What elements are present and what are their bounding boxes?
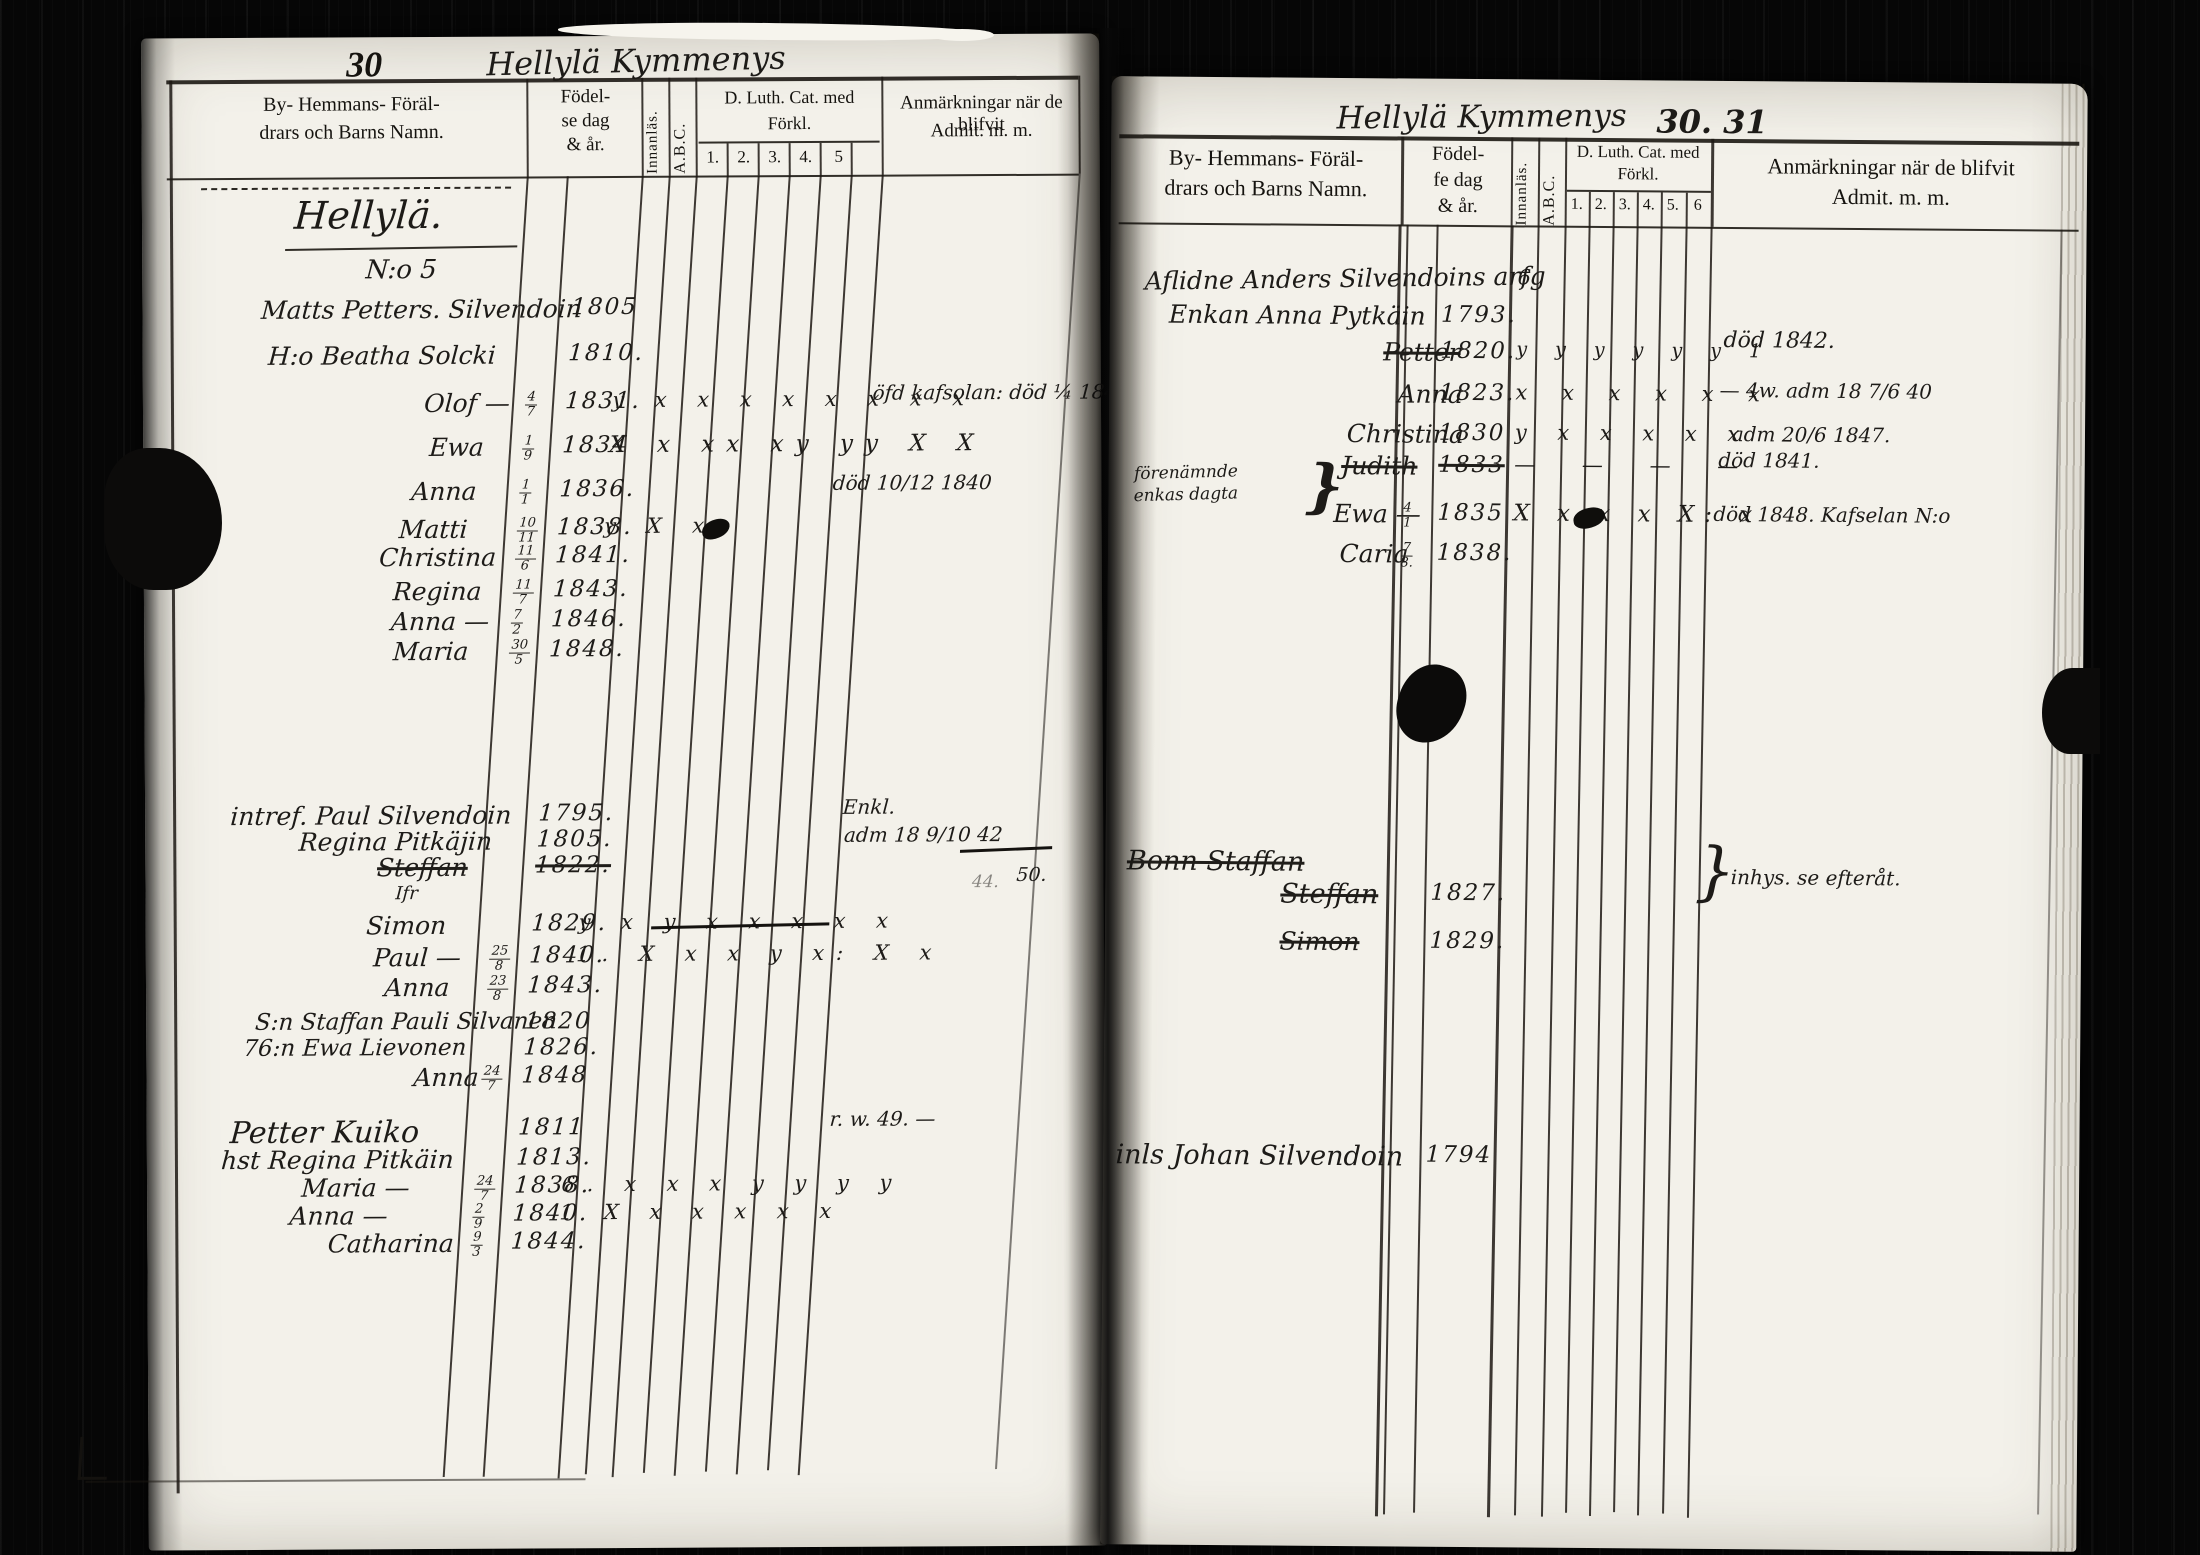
- cat-col-number: 2.: [1590, 196, 1612, 214]
- birth-day: 238: [486, 975, 508, 1003]
- register-row: Petter 1820. y y y y y y 1 död 1842.: [1109, 335, 2085, 343]
- birth-year: 1795.: [538, 800, 616, 826]
- entry-name: S:n Staffan Pauli Silvanen: [254, 1008, 558, 1036]
- margin-note: förenämnde: [1134, 461, 1238, 484]
- entry-name: Bonn Staffan: [1127, 845, 1305, 877]
- birth-year: 1836.: [559, 476, 637, 502]
- birth-day: 78.: [1400, 541, 1413, 569]
- remark-note: — 4w. adm 18 7/6 40: [1719, 378, 1932, 404]
- birth-day: 47: [524, 390, 538, 418]
- birth-year: 1827.: [1430, 880, 1506, 907]
- rule-line: [1589, 226, 1615, 1516]
- entry-name: Maria —: [300, 1173, 410, 1203]
- entry-name: Judith: [1341, 451, 1418, 481]
- register-row: Matti 1011 1838. y X x: [120, 512, 1078, 517]
- birth-day: 305: [508, 638, 530, 666]
- entry-name: Anna —: [390, 607, 490, 637]
- rule-line: [1487, 225, 1514, 1517]
- heading-underline: [285, 245, 517, 251]
- remark-note: död 1848. Kafselan N:o: [1713, 502, 1951, 528]
- entry-name: Enkan Anna Pytkäin: [1169, 300, 1426, 331]
- birth-year: 1811: [517, 1114, 585, 1140]
- register-row: Enkan Anna Pytkäin 1793.: [1109, 299, 2085, 307]
- corner-mark: [78, 1437, 110, 1480]
- register-row: Anna — 72 1846.: [114, 604, 1072, 609]
- remark-note: död 1842.: [1723, 328, 1835, 354]
- col-remarks-header: Admit. m. m.: [886, 120, 1076, 143]
- col-names-header: By- Hemmans- Föräl-: [196, 93, 506, 118]
- birth-day: 117: [512, 578, 534, 606]
- rule-line: [789, 143, 791, 175]
- birth-year: 1846.: [550, 606, 628, 632]
- birth-day: 41: [1401, 501, 1414, 529]
- house-number: N:o 5: [365, 255, 438, 285]
- birth-year: 1822.: [534, 852, 612, 878]
- col-birth-header: Födel-: [1409, 143, 1507, 167]
- register-row: Christina 116 1841.: [118, 540, 1076, 545]
- rule-line: [1637, 227, 1663, 1516]
- register-row: Simon 1829.: [1098, 925, 2074, 933]
- birth-day: 258: [488, 945, 510, 973]
- register-row: Anna 1823. x x x x x x — 4w. adm 18 7/6 …: [1108, 377, 2084, 385]
- entry-name: Steffan: [1280, 879, 1379, 911]
- col-birth-header: & år.: [1409, 195, 1507, 219]
- catechism-marks: 6: [1517, 265, 1543, 289]
- entry-name: H:o Beatha Solcki: [267, 341, 496, 371]
- catechism-marks: y x y x x x x x: [578, 909, 901, 935]
- birth-year: 1830: [1439, 420, 1506, 447]
- rule-line: [1514, 226, 1540, 1516]
- cat-col-number: 2.: [731, 147, 757, 167]
- register-row: Bonn Staffan: [1099, 845, 2075, 853]
- entry-name: Aflidne Anders Silvendoins arfg: [1145, 261, 1546, 295]
- rule-line: [526, 78, 529, 176]
- rule-line: [2037, 230, 2063, 1515]
- register-row: Petter Kuiko 1811 r. w. 49. —: [81, 1112, 1039, 1117]
- entry-name: Anna: [413, 1063, 480, 1092]
- col-birth-header: & år.: [532, 134, 640, 157]
- birth-day: 247: [473, 1175, 495, 1203]
- birth-year: 1838.: [1436, 540, 1512, 567]
- entry-name: Simon: [1279, 927, 1360, 957]
- table-body: Hellylä. N:o 5 Matts Petters. Silvendoin…: [57, 174, 1100, 1494]
- col-cat-header: Förkl.: [698, 113, 880, 135]
- rule-line: [820, 143, 822, 175]
- entry-name: Matti: [398, 515, 468, 544]
- catechism-marks: 1 X x x x x x: [559, 1199, 844, 1224]
- page-number: 30. 31: [1656, 102, 1768, 141]
- remark-note: adm 20/6 1847.: [1732, 422, 1891, 447]
- col-read-header: Innanläs.: [644, 82, 661, 174]
- rule-line: [727, 143, 729, 175]
- entry-name: Ewa: [428, 433, 484, 462]
- entry-name: Steffan: [376, 853, 469, 882]
- remark-note: adm 18 9/10 42: [843, 822, 1003, 847]
- register-row: Regina 117 1843.: [116, 574, 1074, 579]
- birth-year: 1843.: [552, 576, 630, 602]
- rule-line: [1613, 226, 1639, 1512]
- entry-name: Anna: [383, 973, 450, 1002]
- rule-line: [1401, 136, 1405, 224]
- col-birth-header: se dag: [531, 110, 639, 133]
- register-row: Catharina 93 1844.: [74, 1226, 1032, 1231]
- rule-line: [1662, 227, 1688, 1514]
- birth-day: 93: [470, 1231, 484, 1259]
- cat-col-number: 3.: [762, 147, 788, 167]
- cat-col-number: 1.: [1566, 196, 1588, 214]
- rule-line: [881, 77, 884, 175]
- birth-year: 1841.: [554, 542, 632, 568]
- col-abc-header: A.B.C.: [1541, 140, 1560, 226]
- torn-paper-edge: [930, 29, 994, 41]
- catechism-marks: 1. X x x y x: X x: [576, 940, 945, 966]
- remark-note: inhys. se efteråt.: [1730, 865, 1900, 890]
- col-names-header: drars och Barns Namn.: [196, 121, 506, 146]
- catechism-marks: X x xx xy yy X X: [609, 430, 987, 458]
- entry-name: Ifr: [395, 883, 419, 904]
- register-row: Ewa — 41 1835 X x x x X: x död 1848. Kaf…: [1106, 497, 2082, 505]
- col-remarks-header: Anmärkningar när de blifvit: [1726, 153, 2056, 182]
- scanned-photo: 30 Hellylä Kymmenys By- Hemmans- Föräl- …: [0, 0, 2200, 1555]
- birth-year: 1848.: [548, 636, 626, 662]
- register-row: S:n Staffan Pauli Silvanen 1820: [88, 1006, 1046, 1011]
- cat-col-number: 6: [1687, 197, 1709, 215]
- register-row: Christina 1830 y x x x x x adm 20/6 1847…: [1107, 417, 2083, 425]
- entry-name: Anna —: [289, 1201, 389, 1231]
- entry-name: hst Regina Pitkäin: [220, 1145, 454, 1175]
- margin-note: enkas dagta: [1133, 483, 1238, 506]
- birth-day: 247: [481, 1065, 503, 1093]
- cat-col-number: 5.: [1662, 197, 1684, 215]
- birth-year: 1848: [521, 1062, 589, 1088]
- register-row: Caria 78. 1838.: [1105, 537, 2081, 545]
- rule-line: [758, 143, 760, 175]
- rule-line: [1565, 226, 1591, 1513]
- register-row: hst Regina Pitkäin 1813.: [79, 1142, 1037, 1147]
- entry-name: Matts Petters. Silvendoin: [260, 294, 583, 325]
- col-birth-header: fe dag: [1409, 169, 1507, 193]
- remark-note: död 1841.: [1718, 448, 1820, 473]
- birth-year: 1810.: [567, 340, 645, 366]
- pen-dash: [960, 846, 1052, 853]
- register-row: Maria 305 1848.: [112, 634, 1070, 639]
- register-row: Aflidne Anders Silvendoins arfg 6: [1110, 262, 2086, 270]
- register-row: Steffan 1827.: [1099, 877, 2075, 885]
- birth-day: 11: [518, 478, 532, 506]
- birth-day: 1011: [516, 516, 538, 544]
- register-row: Matts Petters. Silvendoin 1805: [134, 292, 1092, 297]
- col-cat-header: D. Luth. Cat. med: [1565, 142, 1711, 163]
- edge-blob: [2042, 668, 2100, 754]
- entry-name: Christina: [378, 543, 497, 573]
- entry-name: Olof —: [423, 389, 511, 418]
- table-body: Aflidne Anders Silvendoins arfg 6 Enkan …: [1086, 222, 2086, 1550]
- birth-year: 1820: [524, 1008, 592, 1034]
- birth-year: 1843.: [527, 972, 605, 998]
- register-row: Anna 11 1836. död 10/12 1840: [122, 474, 1080, 479]
- page-title: Hellylä Kymmenys: [1336, 98, 1627, 137]
- birth-day: 19: [521, 434, 535, 462]
- register-row: Ewa 19 1834 X x xx xy yy X X: [125, 430, 1083, 435]
- left-page: 30 Hellylä Kymmenys By- Hemmans- Föräl- …: [141, 34, 1107, 1551]
- register-row: Anna 238 1843.: [90, 970, 1048, 975]
- register-row: inls Johan Silvendoin 1794: [1094, 1139, 2070, 1147]
- remark-note: Enkl.: [842, 795, 896, 819]
- col-names-header: drars och Barns Namn.: [1136, 174, 1396, 202]
- dashed-rule: [201, 187, 511, 191]
- register-row: Anna — 29 1840. 1 X x x x x x: [76, 1198, 1034, 1203]
- birth-year: 1794: [1425, 1142, 1492, 1169]
- register-row: Simon 1829. y x y x x x x x: [94, 908, 1052, 913]
- col-remarks-header: Admit. m. m.: [1726, 183, 2056, 212]
- birth-year: 1813.: [515, 1144, 593, 1170]
- col-abc-header: A.B.C.: [671, 82, 689, 174]
- remark-note: r. w. 49. —: [829, 1106, 936, 1131]
- rule-line: [1541, 226, 1567, 1517]
- entry-name: Anna: [410, 477, 477, 506]
- birth-year: 1805: [570, 294, 638, 320]
- register-row: Ifr: [96, 880, 1054, 885]
- entry-name: Paul —: [372, 943, 462, 972]
- entry-name: Catharina: [327, 1229, 455, 1259]
- entry-name: 76:n Ewa Lievonen: [243, 1035, 468, 1062]
- birth-year: 1835: [1437, 500, 1504, 527]
- book-gutter: [1068, 28, 1142, 1555]
- village-heading: Hellylä.: [293, 193, 444, 238]
- cat-col-number: 5: [826, 147, 852, 167]
- entry-name: inls Johan Silvendoin: [1115, 1139, 1403, 1172]
- pencil-number: 44.: [971, 872, 999, 892]
- register-row: Judith 1833 — — — — död 1841.: [1106, 449, 2082, 457]
- entry-name: Regina: [392, 577, 482, 606]
- rule-line: [85, 1478, 585, 1483]
- birth-year: 1793.: [1441, 302, 1517, 329]
- birth-year: 1805.: [536, 826, 614, 852]
- entry-name: Caria: [1339, 539, 1408, 569]
- cat-col-number: 1.: [700, 147, 726, 167]
- rule-line: [1413, 225, 1439, 1513]
- catechism-marks: y x x x x x: [1515, 420, 1752, 446]
- birth-year: 1826.: [523, 1034, 601, 1060]
- register-row: Olof — 47 1831. y x x x x x x x x öfd ka…: [128, 386, 1086, 391]
- birth-day: 29: [472, 1203, 486, 1231]
- cat-col-number: 3.: [1614, 196, 1636, 214]
- col-read-header: Innanläs.: [1514, 139, 1532, 225]
- col-names-header: By- Hemmans- Föräl-: [1136, 144, 1396, 172]
- birth-year: 1823.: [1439, 380, 1515, 407]
- catechism-marks: y X x: [603, 514, 717, 539]
- remark-note: död 10/12 1840: [832, 470, 992, 495]
- cat-col-number: 4.: [793, 147, 819, 167]
- register-row: Paul — 258 1840. 1. X x x y x: X x: [92, 940, 1050, 945]
- register-row: H:o Beatha Solcki 1810.: [131, 338, 1089, 343]
- birth-year: 1820.: [1440, 338, 1516, 365]
- catechism-marks: 6. x x x y y y y: [561, 1171, 904, 1197]
- birth-year: 1844.: [510, 1228, 588, 1254]
- entry-name: Maria: [392, 637, 469, 666]
- col-cat-header: Förkl.: [1565, 164, 1711, 185]
- birth-day: 116: [514, 544, 536, 572]
- entry-name: Simon: [365, 911, 447, 940]
- col-cat-header: D. Luth. Cat. med: [698, 87, 880, 109]
- register-row: intref. Paul Silvendoin 1795. Enkl.: [101, 798, 1059, 803]
- margin-number: 50.: [1016, 864, 1048, 886]
- col-birth-header: Födel-: [531, 86, 639, 109]
- cat-col-number: 4.: [1638, 196, 1660, 214]
- birth-year: 1833: [1438, 452, 1505, 479]
- birth-year: 1829.: [1429, 928, 1505, 955]
- right-page: Hellylä Kymmenys 30. 31 By- Hemmans- För…: [1100, 76, 2087, 1552]
- birth-day: 72: [510, 609, 524, 637]
- register-row: Anna 247 1848: [84, 1060, 1042, 1065]
